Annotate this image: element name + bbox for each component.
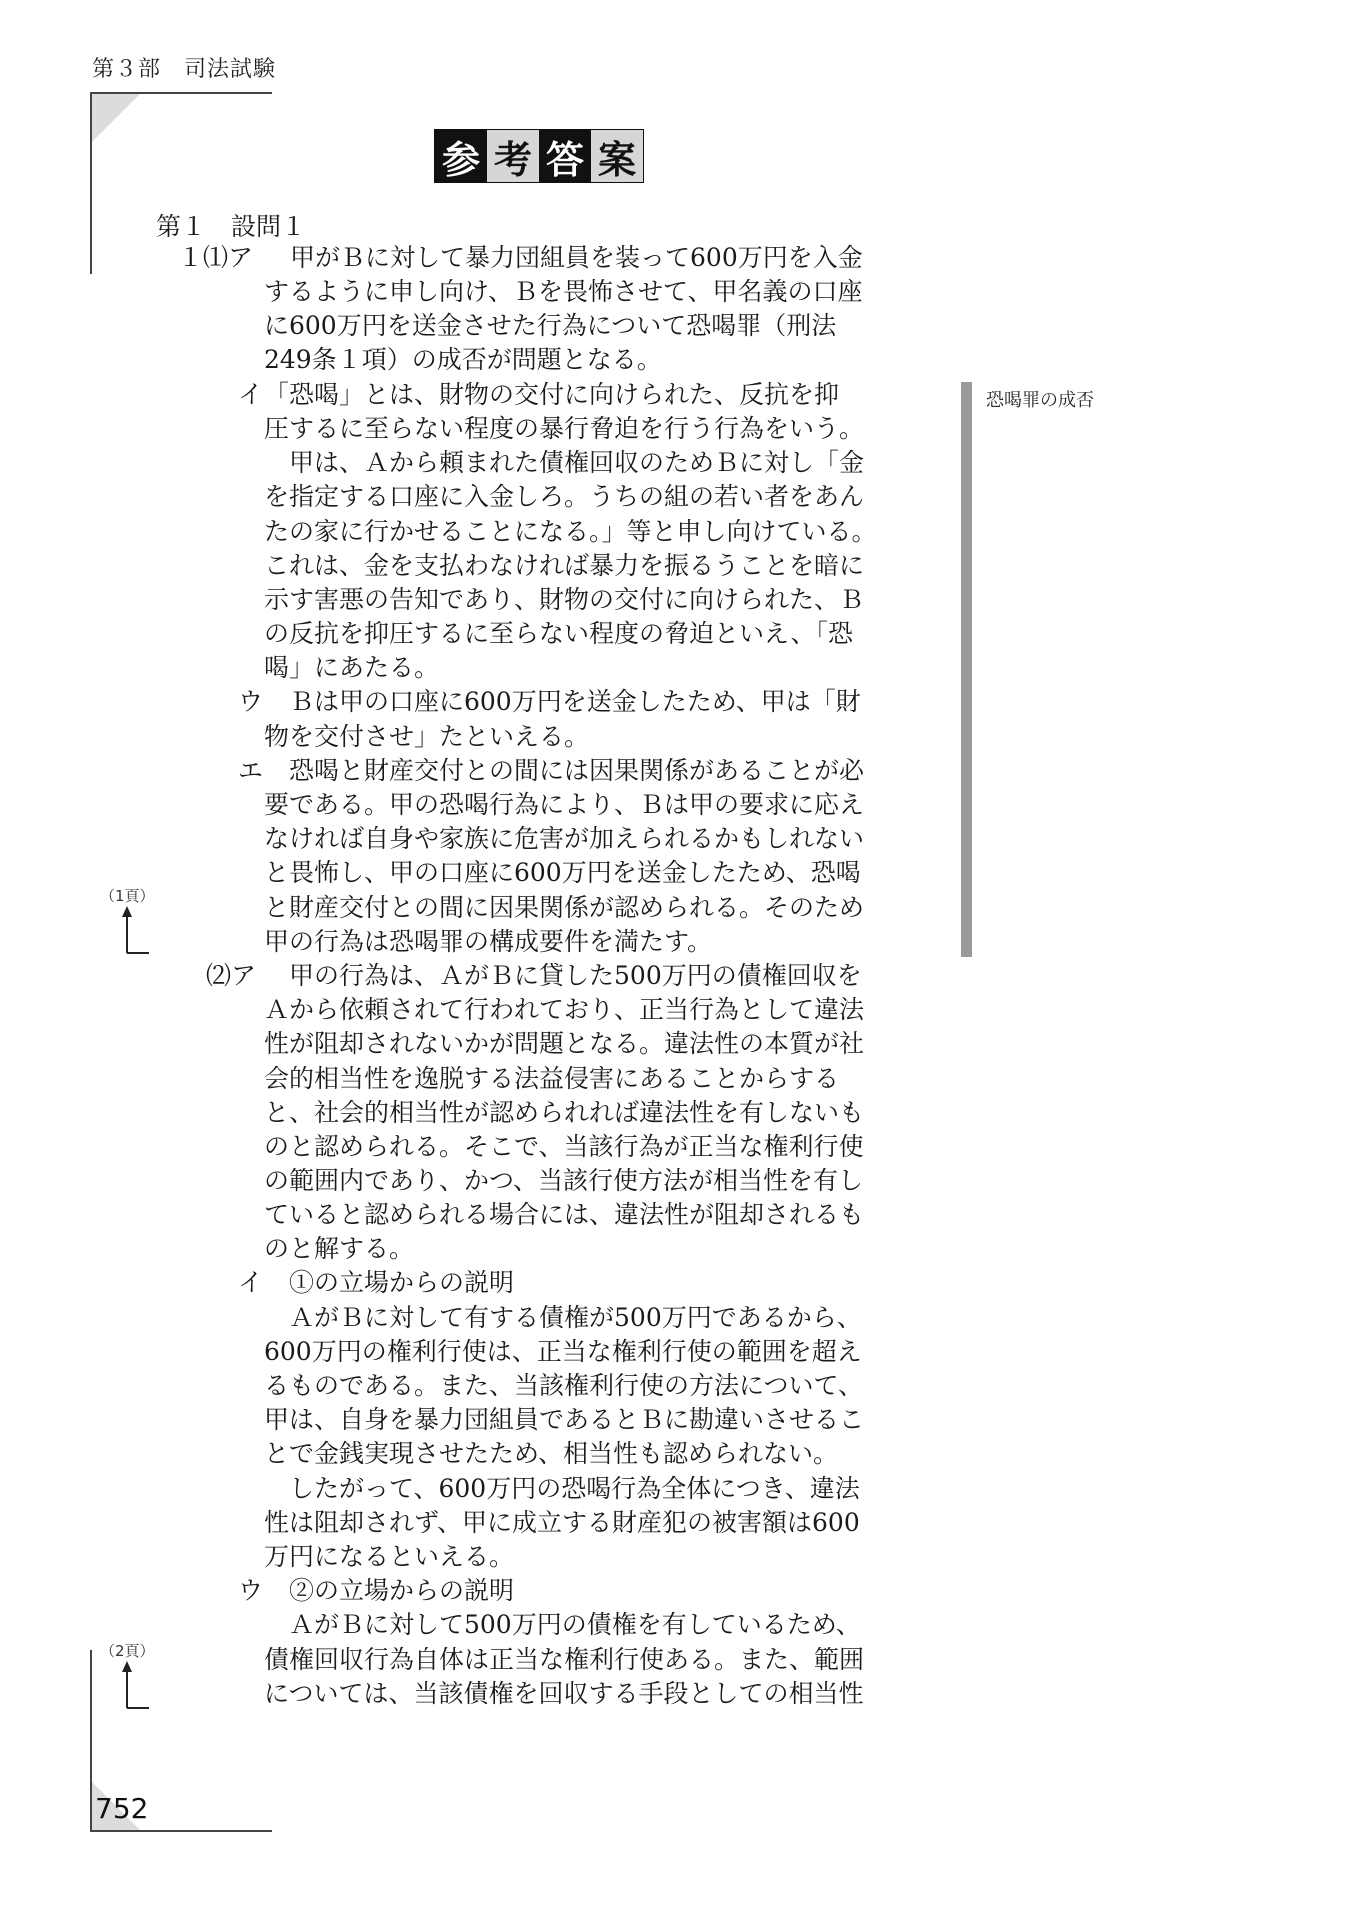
text-line: に600万円を送金させた行為について恐喝罪（刑法 [264, 310, 836, 342]
corner-triangle-top [92, 94, 140, 142]
section-heading: 第１ 設問１ [156, 207, 306, 243]
text-line: 性が阻却されないかが問題となる。違法性の本質が社 [264, 1028, 864, 1060]
text-line: 甲の行為は、ＡがＢに貸した500万円の債権回収を [264, 960, 862, 992]
item-marker: エ [238, 755, 263, 787]
page-ref-label: （1頁） [100, 885, 155, 906]
text-line: 圧するに至らない程度の暴行脅迫を行う行為をいう。 [264, 413, 864, 445]
text-line: なければ自身や家族に危害が加えられるかもしれない [264, 823, 864, 855]
text-line: るものである。また、当該権利行使の方法について、 [264, 1370, 863, 1402]
text-line: 甲がＢに対して暴力団組員を装って600万円を入金 [290, 242, 863, 274]
item-marker: ウ [238, 1575, 263, 1607]
text-line: 喝」にあたる。 [264, 652, 439, 684]
text-line: ②の立場からの説明 [264, 1575, 514, 1607]
text-line: 万円になるといえる。 [264, 1541, 514, 1573]
page-ref-arrow-icon [120, 906, 150, 956]
text-line: 性は阻却されず、甲に成立する財産犯の被害額は600 [264, 1507, 860, 1539]
text-line: 甲は、自身を暴力団組員であるとＢに勘違いさせるこ [264, 1404, 864, 1436]
text-line: のと認められる。そこで、当該行為が正当な権利行使 [264, 1131, 864, 1163]
margin-note: 恐喝罪の成否 [986, 386, 1094, 412]
text-line: と畏怖し、甲の口座に600万円を送金したため、恐喝 [264, 857, 861, 889]
running-head: 第３部 司法試験 [92, 52, 276, 83]
text-line: たの家に行かせることになる。」等と申し向けている。 [264, 516, 877, 548]
answer-title-box: 参 考 答 案 [434, 129, 644, 183]
title-char: 参 [435, 130, 487, 182]
text-line: と財産交付との間に因果関係が認められる。そのため [264, 892, 864, 924]
text-line: を指定する口座に入金しろ。うちの組の若い者をあん [264, 481, 864, 513]
text-line: の反抗を抑圧するに至らない程度の脅迫といえ、「恐 [264, 618, 853, 650]
margin-note-bar [961, 382, 972, 957]
text-line: ＡがＢに対して500万円の債権を有しているため、 [264, 1609, 861, 1641]
text-line: これは、金を支払わなければ暴力を振るうことを暗に [264, 550, 864, 582]
title-char: 考 [487, 130, 539, 182]
text-line: とで金銭実現させたため、相当性も認められない。 [264, 1438, 838, 1470]
text-line: 甲の行為は恐喝罪の構成要件を満たす。 [264, 926, 712, 958]
text-line: Ｂは甲の口座に600万円を送金したため、甲は「財 [264, 686, 861, 718]
title-char: 答 [539, 130, 591, 182]
page-number: 752 [95, 1792, 148, 1825]
item-marker: ウ [238, 686, 263, 718]
text-line: ＡがＢに対して有する債権が500万円であるから、 [264, 1302, 862, 1334]
text-line: のと解する。 [264, 1233, 414, 1265]
text-line: Ａから依頼されて行われており、正当行為として違法 [264, 994, 864, 1026]
text-line: の範囲内であり、かつ、当該行使方法が相当性を有し [264, 1165, 863, 1197]
item-marker: ⑵ア [206, 960, 256, 992]
text-line: するように申し向け、Ｂを畏怖させて、甲名義の口座 [264, 276, 863, 308]
text-line: 600万円の権利行使は、正当な権利行使の範囲を超え [264, 1336, 862, 1368]
title-char: 案 [591, 130, 643, 182]
text-line: 要である。甲の恐喝行為により、Ｂは甲の要求に応え [264, 789, 864, 821]
text-line: 物を交付させ」たといえる。 [264, 721, 589, 753]
item-marker: イ [238, 1267, 263, 1299]
text-line: 甲は、Ａから頼まれた債権回収のためＢに対し「金 [264, 447, 864, 479]
text-line: 債権回収行為自体は正当な権利行使ある。また、範囲 [264, 1644, 864, 1676]
text-line: と、社会的相当性が認められれば違法性を有しないも [264, 1097, 864, 1129]
text-line: 249条１項）の成否が問題となる。 [264, 344, 662, 376]
text-line: 「恐喝」とは、財物の交付に向けられた、反抗を抑 [264, 379, 839, 411]
item-marker: １⑴ア [178, 242, 253, 274]
frame-bottom-rule [90, 1830, 272, 1832]
text-line: 会的相当性を逸脱する法益侵害にあることからする [264, 1063, 839, 1095]
text-line: については、当該債権を回収する手段としての相当性 [264, 1678, 864, 1710]
text-line: ①の立場からの説明 [264, 1267, 514, 1299]
page-ref-arrow-icon [120, 1661, 150, 1711]
text-line: 示す害悪の告知であり、財物の交付に向けられた、Ｂ [264, 584, 864, 616]
text-line: ていると認められる場合には、違法性が阻却されるも [264, 1199, 864, 1231]
item-marker: イ [238, 379, 263, 411]
page-ref-label: （2頁） [100, 1640, 155, 1661]
text-line: 恐喝と財産交付との間には因果関係があることが必 [264, 755, 864, 787]
text-line: したがって、600万円の恐喝行為全体につき、違法 [264, 1473, 860, 1505]
